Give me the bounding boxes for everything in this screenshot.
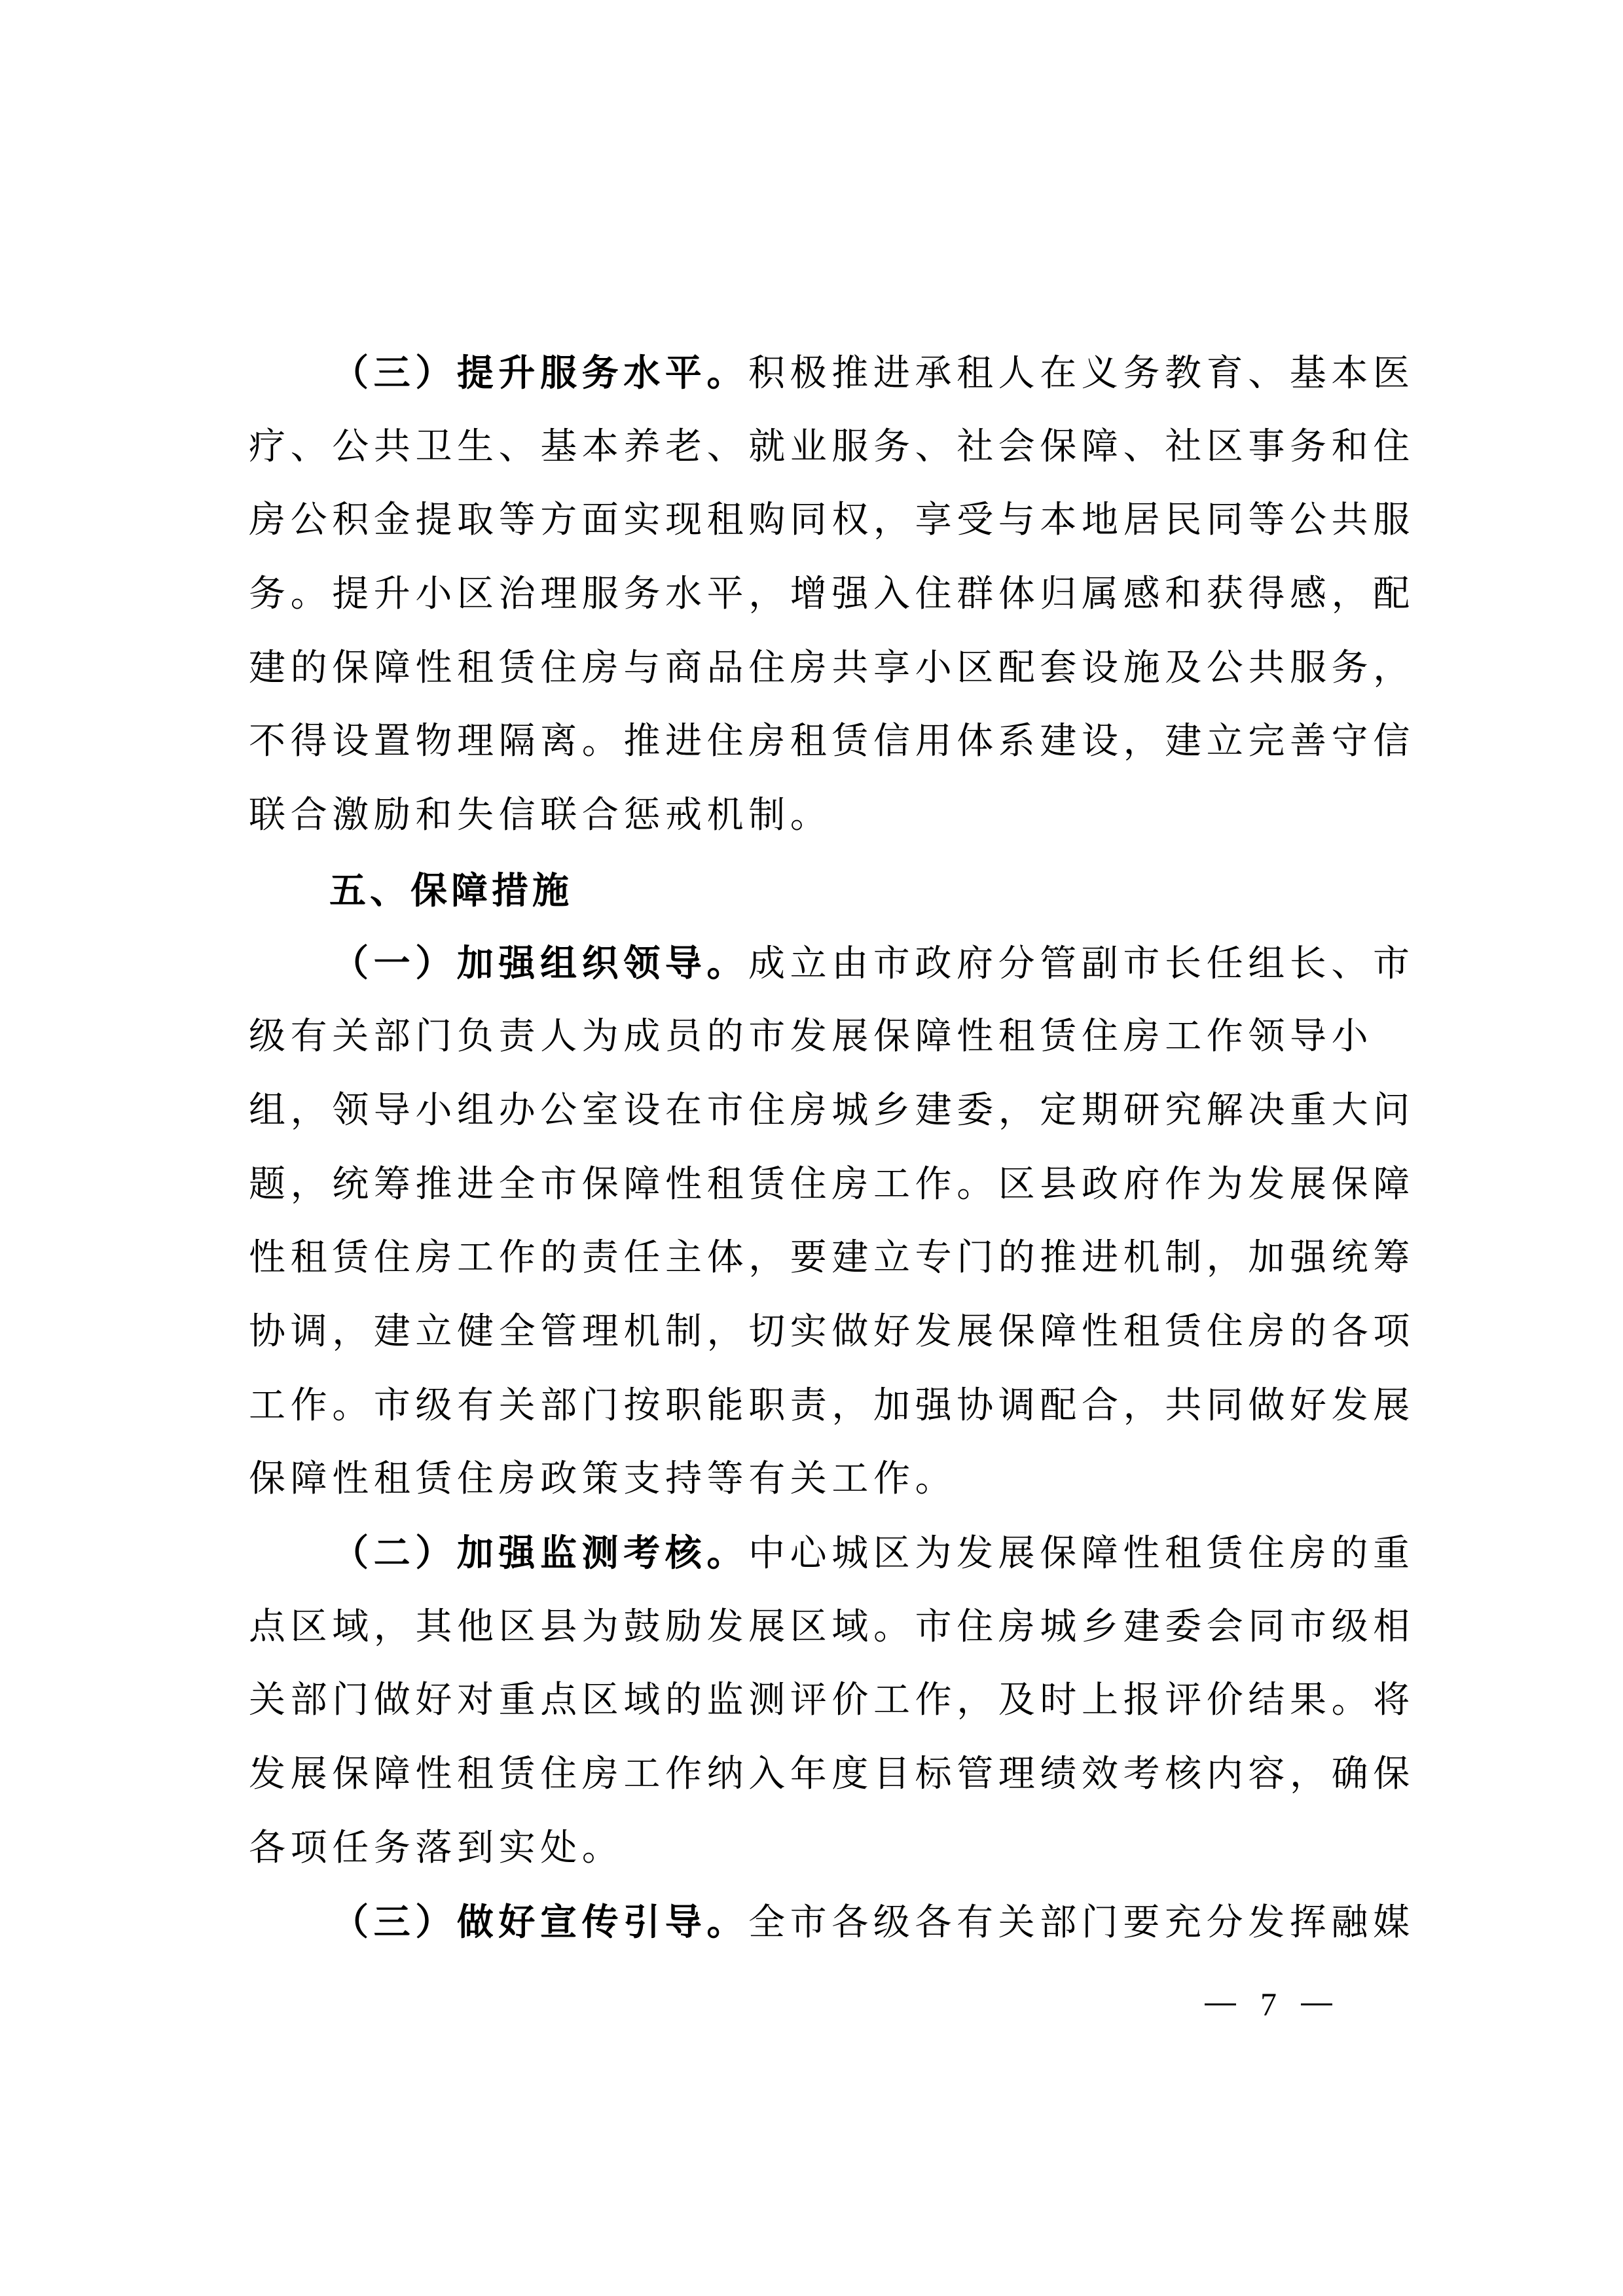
paragraph-lead-heading: （三）做好宣传引导。: [332, 1901, 748, 1944]
page-number: 7: [1205, 1983, 1332, 2025]
page-number-value: 7: [1260, 1985, 1277, 2023]
paragraph-line: （二）加强监测考核。中心城区为发展保障性租赁住房的重: [332, 1532, 1415, 1605]
paragraph-line: 性租赁住房工作的责任主体，要建立专门的推进机制，加强统筹: [249, 1237, 1415, 1310]
paragraph-line: 保障性租赁住房政策支持等有关工作。: [249, 1458, 957, 1532]
paragraph-line: 各项任务落到实处。: [249, 1827, 623, 1901]
document-page: （三）提升服务水平。积极推进承租人在义务教育、基本医 疗、公共卫生、基本养老、就…: [0, 0, 1623, 2296]
section-heading: 五、保障措施: [329, 870, 573, 912]
paragraph-text: 中心城区为发展保障性租赁住房的重: [748, 1532, 1415, 1575]
paragraph-line: （三）做好宣传引导。全市各级各有关部门要充分发挥融媒: [332, 1901, 1415, 1975]
paragraph-text: 成立由市政府分管副市长任组长、市: [748, 942, 1415, 985]
paragraph-line: 点区域，其他区县为鼓励发展区域。市住房城乡建委会同市级相: [249, 1606, 1415, 1679]
paragraph-lead-heading: （一）加强组织领导。: [332, 942, 748, 985]
paragraph-line: 组，领导小组办公室设在市住房城乡建委，定期研究解决重大问: [249, 1090, 1415, 1163]
paragraph-text: 全市各级各有关部门要充分发挥融媒: [748, 1901, 1415, 1944]
paragraph-line: 房公积金提取等方面实现租购同权，享受与本地居民同等公共服: [249, 499, 1415, 573]
paragraph-line: 疗、公共卫生、基本养老、就业服务、社会保障、社区事务和住: [249, 426, 1415, 499]
paragraph-text: 积极推进承租人在义务教育、基本医: [748, 352, 1415, 395]
paragraph-line: （三）提升服务水平。积极推进承租人在义务教育、基本医: [332, 352, 1415, 425]
paragraph-line: 务。提升小区治理服务水平，增强入住群体归属感和获得感，配: [249, 573, 1415, 647]
paragraph-line: 联合激励和失信联合惩戒机制。: [249, 795, 831, 868]
paragraph-line: 协调，建立健全管理机制，切实做好发展保障性租赁住房的各项: [249, 1311, 1415, 1384]
paragraph-line: 不得设置物理隔离。推进住房租赁信用体系建设，建立完善守信: [249, 721, 1415, 794]
dash-left: [1205, 2003, 1236, 2005]
dash-right: [1301, 2003, 1332, 2005]
paragraph-line: 工作。市级有关部门按职能职责，加强协调配合，共同做好发展: [249, 1385, 1415, 1458]
paragraph-line: 级有关部门负责人为成员的市发展保障性租赁住房工作领导小: [249, 1016, 1373, 1089]
paragraph-line: 发展保障性租赁住房工作纳入年度目标管理绩效考核内容，确保: [249, 1753, 1415, 1827]
paragraph-line: 题，统筹推进全市保障性租赁住房工作。区县政府作为发展保障: [249, 1164, 1415, 1237]
paragraph-line: 建的保障性租赁住房与商品住房共享小区配套设施及公共服务，: [249, 647, 1415, 721]
paragraph-line: （一）加强组织领导。成立由市政府分管副市长任组长、市: [332, 942, 1415, 1016]
paragraph-line: 关部门做好对重点区域的监测评价工作，及时上报评价结果。将: [249, 1679, 1415, 1753]
paragraph-lead-heading: （三）提升服务水平。: [332, 351, 748, 395]
paragraph-lead-heading: （二）加强监测考核。: [332, 1532, 748, 1575]
